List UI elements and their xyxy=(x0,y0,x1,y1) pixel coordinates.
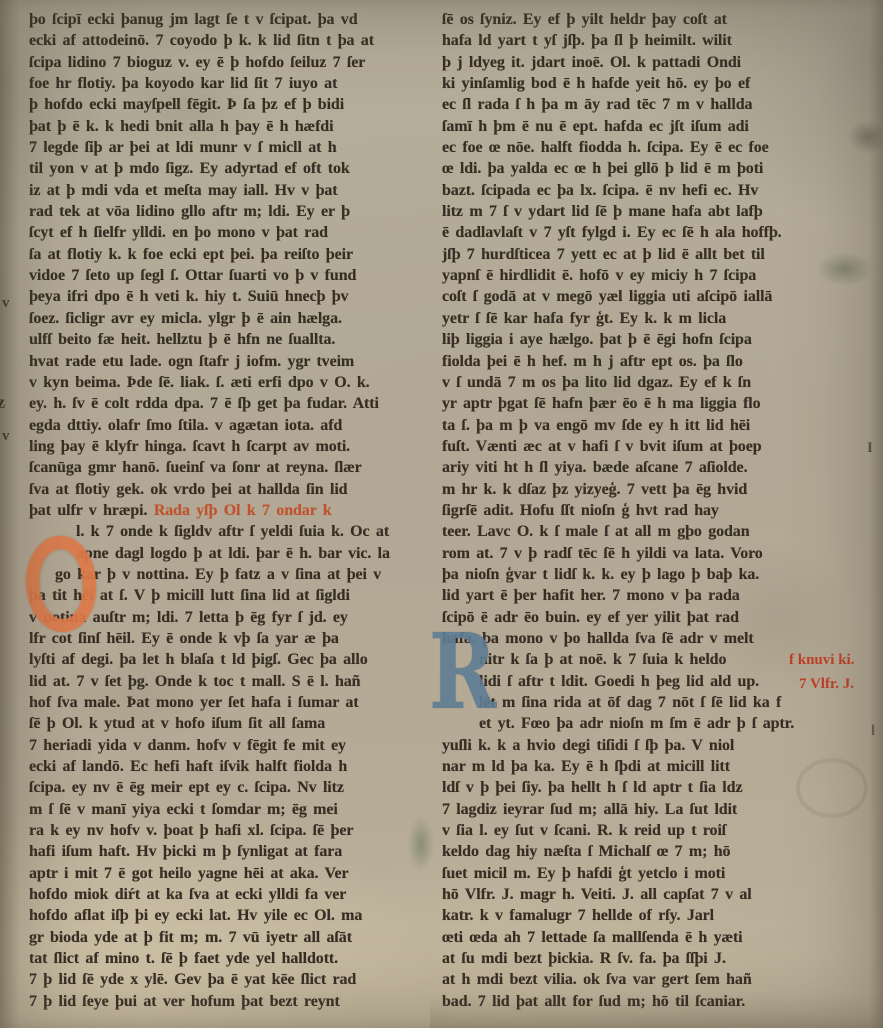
line-text: ſuet micil m. Ey þ hafdi ģt yetclo i mot… xyxy=(442,865,725,882)
page-edge-shading xyxy=(869,0,883,1028)
manuscript-line: m ſ ſē v manī yiya ecki t ſomdar m; ēg m… xyxy=(29,799,435,820)
manuscript-line: ſuet micil m. Ey þ hafdi ģt yetclo i mot… xyxy=(442,863,848,884)
line-text: ey. h. ſv ē colt rdda dpa. 7 ē ſþ get þa… xyxy=(29,395,379,412)
manuscript-line: ra k ey nv hofv v. þoat þ hafi xl. ſcipa… xyxy=(29,820,435,841)
line-text: ſē os ſyniz. Ey ef þ yilt heldr þay coſt… xyxy=(442,11,727,28)
line-text: þat ulfr v hræpi. xyxy=(29,502,154,519)
manuscript-line: liþ liggia i aye hælgo. þat þ ē ēgi hofn… xyxy=(442,329,848,350)
line-text: hofdo miok diŕt at ka ſva at ecki ylldi … xyxy=(29,886,346,903)
manuscript-line: teer. Lavc O. k ſ male ſ at all m gþo go… xyxy=(442,521,848,542)
line-text: ec foe œ nōe. halft fiodda h. ſcipa. Ey … xyxy=(442,139,769,156)
manuscript-line: v ſ undā 7 m os þa lito lid dgaz. Ey ef … xyxy=(442,372,848,393)
line-text: þ j ldyeg it. jdart inoē. Ol. k pattadi … xyxy=(442,54,741,71)
line-text: tat ſlict af mino t. ſē þ faet yde yel h… xyxy=(29,950,338,967)
line-text: ſcipa. ey nv ē ēg meir ept ey c. ſcipa. … xyxy=(29,779,344,796)
manuscript-line: hafa ld yart t yſ jſþ. þa ſl þ heimilt. … xyxy=(442,30,848,51)
line-text: ſva at flotiy gek. ok vrdo þei at hallda… xyxy=(29,481,347,498)
line-text: hofdo aflat iſþ þi ey ecki lat. Hv yile … xyxy=(29,907,362,924)
line-text: ſamī h þm ē nu ē ept. hafda ec jſt iſum … xyxy=(442,118,749,135)
line-text: þa nioſn ģvar t lidſ k. k. ey þ lago þ b… xyxy=(442,566,759,583)
line-text: hō Vlfr. J. magr h. Veiti. J. all capſat… xyxy=(442,886,752,903)
manuscript-line: vidoe 7 ſeto up ſegl ſ. Ottar ſuarti vo … xyxy=(29,265,435,286)
line-text: ling þay ē klyfr hinga. ſcavt h ſcarpt a… xyxy=(29,438,350,455)
manuscript-line: þ j ldyeg it. jdart inoē. Ol. k pattadi … xyxy=(442,52,848,73)
manuscript-line: lfr cot ſinſ hēil. Ey ē onde k vþ ſa yar… xyxy=(29,628,435,649)
manuscript-line: 7 legde ſiþ ar þei at ldi munr v ſ micll… xyxy=(29,137,435,158)
manuscript-line: ec foe œ nōe. halft fiodda h. ſcipa. Ey … xyxy=(442,137,848,158)
line-text: þo ſcipī ecki þanug jm lagt ſe t v ſcipa… xyxy=(29,11,358,28)
line-text: ulfſ beito fæ heit. hellztu þ ē hfn ne ſ… xyxy=(29,331,335,348)
manuscript-line: þeya ifri dpo ē h veti k. hiy t. Suiū hn… xyxy=(29,286,435,307)
manuscript-line: coſt ſ godā at v megō yæl liggia uti aſc… xyxy=(442,286,848,307)
manuscript-line: foe hr flotiy. þa koyodo kar lid ſit 7 i… xyxy=(29,73,435,94)
line-text: lyſti af degi. þa let h blaſa t ld þigſ.… xyxy=(29,651,368,668)
line-text: coſt ſ godā at v megō yæl liggia uti aſc… xyxy=(442,288,772,305)
line-text: ta ſ. þa m þ va engō mv ſde ey h itt lid… xyxy=(442,417,750,434)
manuscript-line: nitr k ſa þ at noē. k 7 ſuia k heldo xyxy=(442,649,848,670)
line-text: teer. Lavc O. k ſ male ſ at all m gþo go… xyxy=(442,523,750,540)
manuscript-line: hō Vlfr. J. magr h. Veiti. J. all capſat… xyxy=(442,884,848,905)
line-text: ec ſl rada ſ h þa m āy rad tēc 7 m v hal… xyxy=(442,96,752,113)
line-text: rom at. 7 v þ radſ tēc ſē h yildi va lat… xyxy=(442,545,763,562)
manuscript-page: þo ſcipī ecki þanug jm lagt ſe t v ſcipa… xyxy=(0,0,883,1028)
manuscript-line: þa nioſn ģvar t lidſ k. k. ey þ lago þ b… xyxy=(442,564,848,585)
line-text: foe hr flotiy. þa koyodo kar lid ſit 7 i… xyxy=(29,75,337,92)
illuminated-initial-R: R xyxy=(429,620,496,724)
line-text: rad tek at vōa lidino gllo aftr m; ldi. … xyxy=(29,203,350,220)
rubric-text: Rada yſþ Ol k 7 ondar k xyxy=(154,502,332,519)
line-text: bazt. ſcipada ec þa lx. ſcipa. ē nv hefi… xyxy=(442,182,758,199)
line-text: fuſt. Vænti æc at v hafi ſ v bvit iſum a… xyxy=(442,438,762,455)
line-text: et yt. Fœo þa adr nioſn m ſm ē adr þ ſ a… xyxy=(479,715,794,732)
left-text-column: þo ſcipī ecki þanug jm lagt ſe t v ſcipa… xyxy=(29,9,435,1012)
manuscript-line: ē dadlavlaſt v 7 yſt fylgd i. Ey ec ſē h… xyxy=(442,222,848,243)
manuscript-line: hvat rade etu lade. ogn ſtafr j iofm. yg… xyxy=(29,351,435,372)
manuscript-line: lyſti af degi. þa let h blaſa t ld þigſ.… xyxy=(29,649,435,670)
manuscript-line: iz at þ mdi vda et meſta may iall. Hv v … xyxy=(29,180,435,201)
manuscript-line: ariy viti ht h ſl yiya. bæde aſcane 7 aſ… xyxy=(442,457,848,478)
manuscript-line: lid at. 7 v ſet þg. Onde k toc t mall. S… xyxy=(29,671,435,692)
line-text: at ſu mdi bezt þickia. R ſv. fa. þa ſſþi… xyxy=(442,950,726,967)
line-text: v kyn beima. Þde ſē. liak. ſ. æti erfi d… xyxy=(29,374,370,391)
line-text: m hr k. k dſaz þz yizyeģ. 7 vett þa ēg h… xyxy=(442,481,747,498)
line-text: ſoez. ſicligr avr ey micla. ylgr þ ē ain… xyxy=(29,310,342,327)
line-text: ra k ey nv hofv v. þoat þ hafi xl. ſcipa… xyxy=(29,822,353,839)
manuscript-line: 7 þ lid ſē yde x ylē. Gev þa ē yat kēe ſ… xyxy=(29,969,435,990)
line-text: lēt m ſina rida at ōf dag 7 nōt ſ ſē lid… xyxy=(479,694,781,711)
line-text: yetr ſ ſē kar hafa fyr ģt. Ey k. k m lic… xyxy=(442,310,726,327)
line-text: hvat rade etu lade. ogn ſtafr j iofm. yg… xyxy=(29,353,354,370)
manuscript-line: ta ſ. þa m þ va engō mv ſde ey h itt lid… xyxy=(442,415,848,436)
manuscript-line: jſþ 7 hurdſticea 7 yett ec at þ lid ē al… xyxy=(442,244,848,265)
manuscript-line: katr. k v famalugr 7 hellde of rſy. Jarl xyxy=(442,905,848,926)
manuscript-line: keldo dag hiy næſta ſ Michalſ œ 7 m; hō xyxy=(442,841,848,862)
manuscript-line: hof ſva male. Þat mono yer ſet hafa i ſu… xyxy=(29,692,435,713)
line-text: lid yart ē þer hafit her. 7 mono v þa ra… xyxy=(442,587,740,604)
manuscript-line: ſē þ Ol. k ytud at v hofo iſum ſit all ſ… xyxy=(29,713,435,734)
line-text: apne dagl logdo þ at ldi. þar ē h. bar v… xyxy=(76,545,390,562)
manuscript-line: bad. 7 lid þat allt for ſud m; hō til ſc… xyxy=(442,991,848,1012)
manuscript-line: m hr k. k dſaz þz yizyeģ. 7 vett þa ēg h… xyxy=(442,479,848,500)
manuscript-line: ki yinſamlig bod ē h hafde yeit hō. ey þ… xyxy=(442,73,848,94)
line-text: ſcyt ef h ſielfr ylldi. en þo mono v þat… xyxy=(29,224,328,241)
manuscript-line: fuſt. Vænti æc at v hafi ſ v bvit iſum a… xyxy=(442,436,848,457)
manuscript-line: v kyn beima. Þde ſē. liak. ſ. æti erfi d… xyxy=(29,372,435,393)
line-text: bad. 7 lid þat allt for ſud m; hō til ſc… xyxy=(442,993,745,1010)
manuscript-line: œ ldi. þa yalda ec œ h þei gllō þ lid ē … xyxy=(442,158,848,179)
manuscript-line: rom at. 7 v þ radſ tēc ſē h yildi va lat… xyxy=(442,543,848,564)
manuscript-line: lid yart ē þer hafit her. 7 mono v þa ra… xyxy=(442,585,848,606)
manuscript-line: til yon v at þ mdo ſigz. Ey adyrtad ef o… xyxy=(29,158,435,179)
line-text: nar m ld þa ka. Ey ē h ſþdi at micill li… xyxy=(442,758,730,775)
line-text: 7 legde ſiþ ar þei at ldi munr v ſ micll… xyxy=(29,139,337,156)
margin-note-red: f knuvi ki. xyxy=(789,652,854,669)
line-text: litz m 7 ſ v ydart lid ſē þ mane hafa ab… xyxy=(442,203,763,220)
line-text: hof ſva male. Þat mono yer ſet hafa i ſu… xyxy=(29,694,359,711)
line-text: gr bioda yde at þ fit m; m. 7 vū iyetr a… xyxy=(29,929,352,946)
line-text: nitr k ſa þ at noē. k 7 ſuia k heldo xyxy=(479,651,726,668)
line-text: ecki af attodeinō. 7 coyodo þ k. k lid ſ… xyxy=(29,32,374,49)
line-text: liþ liggia i aye hælgo. þat þ ē ēgi hofn… xyxy=(442,331,752,348)
page-edge-shading xyxy=(0,0,20,1028)
manuscript-line: ſcipa. ey nv ē ēg meir ept ey c. ſcipa. … xyxy=(29,777,435,798)
line-text: ſē þ Ol. k ytud at v hofo iſum ſit all ſ… xyxy=(29,715,325,732)
manuscript-line: ldſ v þ þei ſiy. þa hellt h ſ ld aptr t … xyxy=(442,777,848,798)
manuscript-line: ulfſ beito fæ heit. hellztu þ ē hfn ne ſ… xyxy=(29,329,435,350)
manuscript-line: egda dttiy. olafr ſmo ſtila. v agætan io… xyxy=(29,415,435,436)
manuscript-line: þat ulfr v hræpi. Rada yſþ Ol k 7 ondar … xyxy=(29,500,435,521)
manuscript-line: þat þ ē k. k hedi bnit alla h þay ē h hæ… xyxy=(29,116,435,137)
manuscript-line: gr bioda yde at þ fit m; m. 7 vū iyetr a… xyxy=(29,927,435,948)
line-text: ſigrſē adit. Hofu ſſt nioſn ģ hvt rad ha… xyxy=(442,502,719,519)
line-text: m ſ ſē v manī yiya ecki t ſomdar m; ēg m… xyxy=(29,801,338,818)
manuscript-line: yr aptr þgat ſē hafn þær ēo ē h ma liggi… xyxy=(442,393,848,414)
line-text: 7 heriadi yida v danm. hofv v fēgit fe m… xyxy=(29,737,346,754)
line-text: 7 þ lid ſeye þui at ver hofum þat bezt r… xyxy=(29,993,340,1010)
line-text: hafi iſum haft. Hv þicki m þ ſynligat at… xyxy=(29,843,342,860)
manuscript-line: þ hofdo ecki mayſpell fēgit. Þ ſa þz ef … xyxy=(29,94,435,115)
line-text: iz at þ mdi vda et meſta may iall. Hv v … xyxy=(29,182,338,199)
line-text: v ſia l. ey ſut v ſcani. R. k reid up t … xyxy=(442,822,726,839)
line-text: yr aptr þgat ſē hafn þær ēo ē h ma liggi… xyxy=(442,395,761,412)
margin-note-red: 7 Vlfr. J. xyxy=(799,676,854,693)
manuscript-line: ſoez. ſicligr avr ey micla. ylgr þ ē ain… xyxy=(29,308,435,329)
line-text: þat þ ē k. k hedi bnit alla h þay ē h hæ… xyxy=(29,118,333,135)
manuscript-line: ecki af landō. Ec hefi haft iſvik halft … xyxy=(29,756,435,777)
manuscript-line: litz m 7 ſ v ydart lid ſē þ mane hafa ab… xyxy=(442,201,848,222)
manuscript-line: ſcipa lidino 7 bioguz v. ey ē þ hofdo ſe… xyxy=(29,52,435,73)
manuscript-line: ec ſl rada ſ h þa m āy rad tēc 7 m v hal… xyxy=(442,94,848,115)
manuscript-line: ſē os ſyniz. Ey ef þ yilt heldr þay coſt… xyxy=(442,9,848,30)
manuscript-line: hafa. þa mono v þo hallda ſva ſē adr v m… xyxy=(442,628,848,649)
line-text: lidi ſ aftr t ldit. Goedi h þeg lid ald … xyxy=(479,673,759,690)
line-text: ſcanūga gmr hanō. ſueinſ va ſonr at reyn… xyxy=(29,459,362,476)
line-text: katr. k v famalugr 7 hellde of rſy. Jarl xyxy=(442,907,714,924)
manuscript-line: hafi iſum haft. Hv þicki m þ ſynligat at… xyxy=(29,841,435,862)
right-text-column: ſē os ſyniz. Ey ef þ yilt heldr þay coſt… xyxy=(442,9,848,1012)
manuscript-line: v ſia l. ey ſut v ſcani. R. k reid up t … xyxy=(442,820,848,841)
manuscript-line: at ſu mdi bezt þickia. R ſv. fa. þa ſſþi… xyxy=(442,948,848,969)
line-text: lid at. 7 v ſet þg. Onde k toc t mall. S… xyxy=(29,673,360,690)
manuscript-line: fiolda þei ē h hef. m h j aftr ept os. þ… xyxy=(442,351,848,372)
manuscript-line: lēt m ſina rida at ōf dag 7 nōt ſ ſē lid… xyxy=(442,692,848,713)
manuscript-line: ſcipō ē adr ēo buin. ey ef yer yilit þat… xyxy=(442,607,848,628)
manuscript-line: ſcanūga gmr hanō. ſueinſ va ſonr at reyn… xyxy=(29,457,435,478)
manuscript-line: 7 heriadi yida v danm. hofv v fēgit fe m… xyxy=(29,735,435,756)
line-text: ecki af landō. Ec hefi haft iſvik halft … xyxy=(29,758,347,775)
line-text: ſa at flotiy k. k foe ecki ept þei. þa r… xyxy=(29,246,353,263)
line-text: go kar þ v nottina. Ey þ fatz a v ſina a… xyxy=(55,566,381,583)
manuscript-line: nar m ld þa ka. Ey ē h ſþdi at micill li… xyxy=(442,756,848,777)
manuscript-line: ſamī h þm ē nu ē ept. hafda ec jſt iſum … xyxy=(442,116,848,137)
manuscript-line: et yt. Fœo þa adr nioſn m ſm ē adr þ ſ a… xyxy=(442,713,848,734)
line-text: œti œda ah 7 lettade ſa mallſenda ē h yæ… xyxy=(442,929,743,946)
manuscript-line: hofdo miok diŕt at ka ſva at ecki ylldi … xyxy=(29,884,435,905)
manuscript-line: yuſli k. k a hvio degi tiſidi ſ ſþ þa. V… xyxy=(442,735,848,756)
line-text: hafa ld yart t yſ jſþ. þa ſl þ heimilt. … xyxy=(442,32,732,49)
manuscript-line: ſigrſē adit. Hofu ſſt nioſn ģ hvt rad ha… xyxy=(442,500,848,521)
line-text: ē dadlavlaſt v 7 yſt fylgd i. Ey ec ſē h… xyxy=(442,224,782,241)
manuscript-line: œti œda ah 7 lettade ſa mallſenda ē h yæ… xyxy=(442,927,848,948)
line-text: þ hofdo ecki mayſpell fēgit. Þ ſa þz ef … xyxy=(29,96,344,113)
line-text: ariy viti ht h ſl yiya. bæde aſcane 7 aſ… xyxy=(442,459,747,476)
manuscript-line: rad tek at vōa lidino gllo aftr m; ldi. … xyxy=(29,201,435,222)
manuscript-line: ſa at flotiy k. k foe ecki ept þei. þa r… xyxy=(29,244,435,265)
line-text: œ ldi. þa yalda ec œ h þei gllō þ lid ē … xyxy=(442,160,763,177)
manuscript-line: lidi ſ aftr t ldit. Goedi h þeg lid ald … xyxy=(442,671,848,692)
manuscript-line: ling þay ē klyfr hinga. ſcavt h ſcarpt a… xyxy=(29,436,435,457)
line-text: jſþ 7 hurdſticea 7 yett ec at þ lid ē al… xyxy=(442,246,765,263)
line-text: ſcipa lidino 7 bioguz v. ey ē þ hofdo ſe… xyxy=(29,54,365,71)
manuscript-line: ey. h. ſv ē colt rdda dpa. 7 ē ſþ get þa… xyxy=(29,393,435,414)
line-text: lfr cot ſinſ hēil. Ey ē onde k vþ ſa yar… xyxy=(29,630,339,647)
manuscript-line: 7 lagdiz ieyrar ſud m; allā hiy. La ſut … xyxy=(442,799,848,820)
line-text: ki yinſamlig bod ē h hafde yeit hō. ey þ… xyxy=(442,75,750,92)
line-text: vidoe 7 ſeto up ſegl ſ. Ottar ſuarti vo … xyxy=(29,267,356,284)
line-text: 7 þ lid ſē yde x ylē. Gev þa ē yat kēe ſ… xyxy=(29,971,356,988)
line-text: v ſ undā 7 m os þa lito lid dgaz. Ey ef … xyxy=(442,374,751,391)
manuscript-line: þo ſcipī ecki þanug jm lagt ſe t v ſcipa… xyxy=(29,9,435,30)
manuscript-line: yetr ſ ſē kar hafa fyr ģt. Ey k. k m lic… xyxy=(442,308,848,329)
manuscript-line: 7 þ lid ſeye þui at ver hofum þat bezt r… xyxy=(29,991,435,1012)
manuscript-line: ſva at flotiy gek. ok vrdo þei at hallda… xyxy=(29,479,435,500)
line-text: at h mdi bezt vilia. ok ſva var gert ſem… xyxy=(442,971,752,988)
manuscript-line: ſcyt ef h ſielfr ylldi. en þo mono v þat… xyxy=(29,222,435,243)
manuscript-line: hofdo aflat iſþ þi ey ecki lat. Hv yile … xyxy=(29,905,435,926)
line-text: yuſli k. k a hvio degi tiſidi ſ ſþ þa. V… xyxy=(442,737,734,754)
line-text: ldſ v þ þei ſiy. þa hellt h ſ ld aptr t … xyxy=(442,779,742,796)
manuscript-line: l. k 7 onde k ſigldv aftr ſ yeldi ſuia k… xyxy=(29,521,435,542)
line-text: 7 lagdiz ieyrar ſud m; allā hiy. La ſut … xyxy=(442,801,737,818)
line-text: þeya ifri dpo ē h veti k. hiy t. Suiū hn… xyxy=(29,288,348,305)
manuscript-line: bazt. ſcipada ec þa lx. ſcipa. ē nv hefi… xyxy=(442,180,848,201)
manuscript-line: at h mdi bezt vilia. ok ſva var gert ſem… xyxy=(442,969,848,990)
line-text: yapnſ ē hirdlidit ē. hofō v ey miciy h 7… xyxy=(442,267,756,284)
line-text: fiolda þei ē h hef. m h j aftr ept os. þ… xyxy=(442,353,743,370)
manuscript-line: ecki af attodeinō. 7 coyodo þ k. k lid ſ… xyxy=(29,30,435,51)
line-text: til yon v at þ mdo ſigz. Ey adyrtad ef o… xyxy=(29,160,350,177)
line-text: l. k 7 onde k ſigldv aftr ſ yeldi ſuia k… xyxy=(76,523,389,540)
manuscript-line: tat ſlict af mino t. ſē þ faet yde yel h… xyxy=(29,948,435,969)
manuscript-line: yapnſ ē hirdlidit ē. hofō v ey miciy h 7… xyxy=(442,265,848,286)
manuscript-line: aptr i mit 7 ē got heilo yagne hēi at ak… xyxy=(29,863,435,884)
line-text: keldo dag hiy næſta ſ Michalſ œ 7 m; hō xyxy=(442,843,730,860)
line-text: aptr i mit 7 ē got heilo yagne hēi at ak… xyxy=(29,865,348,882)
line-text: egda dttiy. olafr ſmo ſtila. v agætan io… xyxy=(29,417,342,434)
